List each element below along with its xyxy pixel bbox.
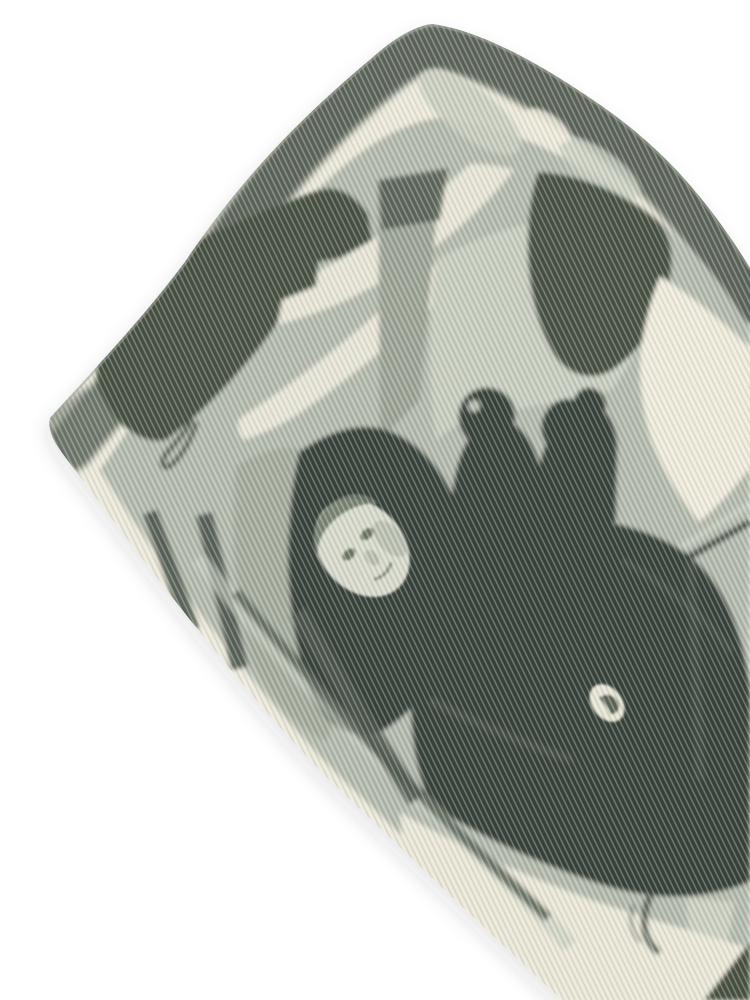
product-photo-stage: White knitted crew sock lying diagonally… <box>0 0 750 1000</box>
sock-product-photo: White knitted crew sock lying diagonally… <box>0 0 750 1000</box>
